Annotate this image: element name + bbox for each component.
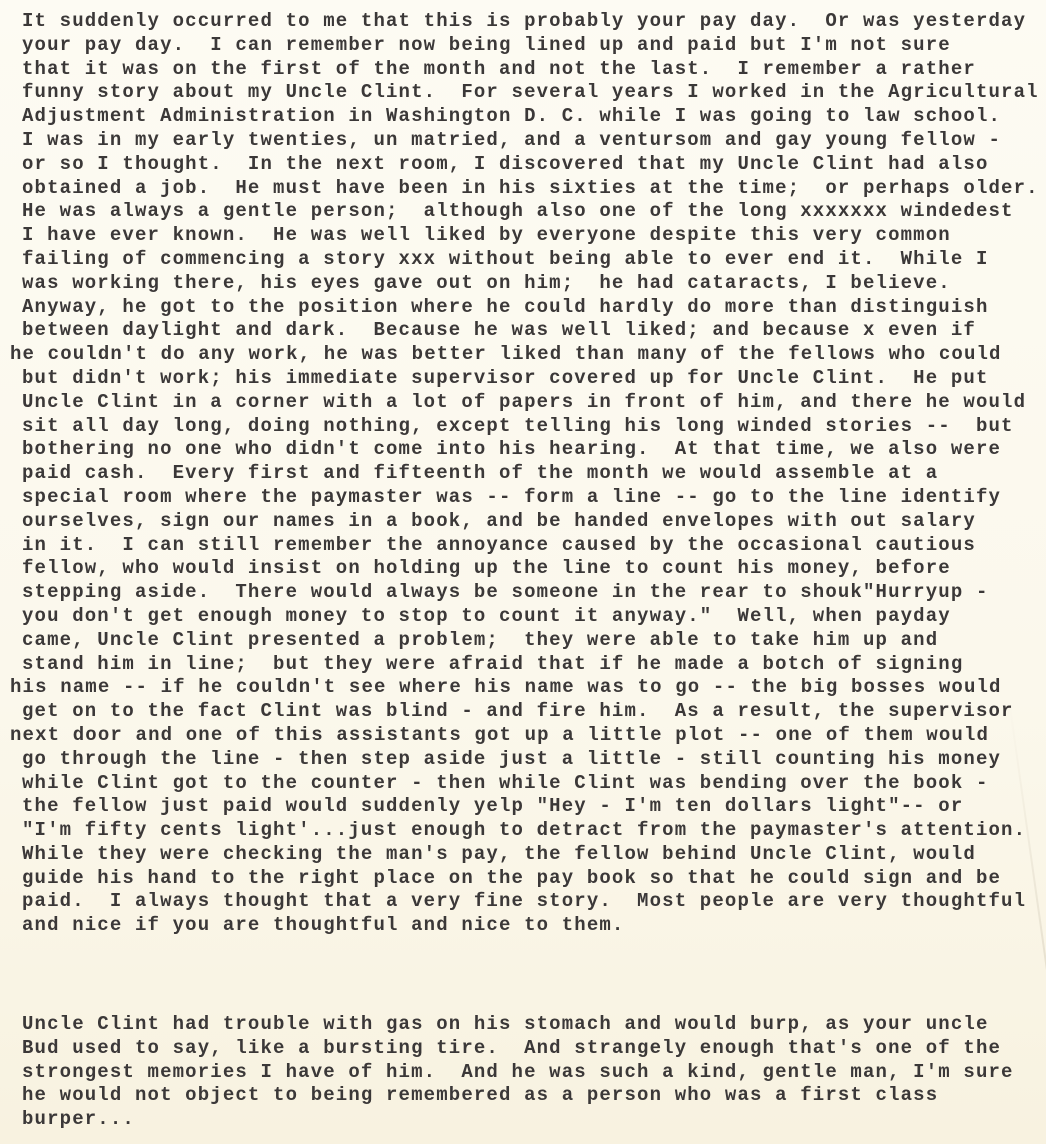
- text-line: While they were checking the man's pay, …: [0, 843, 1039, 867]
- text-line: It suddenly occurred to me that this is …: [0, 10, 1039, 34]
- text-line: I was in my early twenties, un matried, …: [0, 129, 1039, 153]
- letter-paragraph-burper: Uncle Clint had trouble with gas on his …: [0, 1013, 1014, 1132]
- text-line: he couldn't do any work, he was better l…: [0, 343, 1039, 367]
- text-line: funny story about my Uncle Clint. For se…: [0, 81, 1039, 105]
- text-line: but didn't work; his immediate superviso…: [0, 367, 1039, 391]
- text-line: burper...: [0, 1108, 1014, 1132]
- letter-paragraph-pay-day-story: It suddenly occurred to me that this is …: [0, 10, 1039, 938]
- text-line: he would not object to being remembered …: [0, 1084, 1014, 1108]
- text-line: was working there, his eyes gave out on …: [0, 272, 1039, 296]
- text-line: paid cash. Every first and fifteenth of …: [0, 462, 1039, 486]
- text-line: in it. I can still remember the annoyanc…: [0, 534, 1039, 558]
- text-line: Adjustment Administration in Washington …: [0, 105, 1039, 129]
- typewritten-letter-page: It suddenly occurred to me that this is …: [0, 0, 1046, 1144]
- text-line: ourselves, sign our names in a book, and…: [0, 510, 1039, 534]
- text-line: Uncle Clint in a corner with a lot of pa…: [0, 391, 1039, 415]
- text-line: sit all day long, doing nothing, except …: [0, 415, 1039, 439]
- text-line: I have ever known. He was well liked by …: [0, 224, 1039, 248]
- text-line: Anyway, he got to the position where he …: [0, 296, 1039, 320]
- text-line: strongest memories I have of him. And he…: [0, 1061, 1014, 1085]
- text-line: go through the line - then step aside ju…: [0, 748, 1039, 772]
- text-line: and nice if you are thoughtful and nice …: [0, 914, 1039, 938]
- text-line: Uncle Clint had trouble with gas on his …: [0, 1013, 1014, 1037]
- text-line: you don't get enough money to stop to co…: [0, 605, 1039, 629]
- text-line: Bud used to say, like a bursting tire. A…: [0, 1037, 1014, 1061]
- text-line: "I'm fifty cents light'...just enough to…: [0, 819, 1039, 843]
- text-line: stand him in line; but they were afraid …: [0, 653, 1039, 677]
- text-line: failing of commencing a story xxx withou…: [0, 248, 1039, 272]
- text-line: between daylight and dark. Because he wa…: [0, 319, 1039, 343]
- text-line: guide his hand to the right place on the…: [0, 867, 1039, 891]
- text-line: get on to the fact Clint was blind - and…: [0, 700, 1039, 724]
- text-line: next door and one of this assistants got…: [0, 724, 1039, 748]
- text-line: bothering no one who didn't come into hi…: [0, 438, 1039, 462]
- text-line: paid. I always thought that a very fine …: [0, 890, 1039, 914]
- text-line: that it was on the first of the month an…: [0, 58, 1039, 82]
- text-line: the fellow just paid would suddenly yelp…: [0, 795, 1039, 819]
- text-line: his name -- if he couldn't see where his…: [0, 676, 1039, 700]
- text-line: while Clint got to the counter - then wh…: [0, 772, 1039, 796]
- text-line: stepping aside. There would always be so…: [0, 581, 1039, 605]
- text-line: came, Uncle Clint presented a problem; t…: [0, 629, 1039, 653]
- text-line: He was always a gentle person; although …: [0, 200, 1039, 224]
- text-line: obtained a job. He must have been in his…: [0, 177, 1039, 201]
- text-line: fellow, who would insist on holding up t…: [0, 557, 1039, 581]
- text-line: your pay day. I can remember now being l…: [0, 34, 1039, 58]
- text-line: or so I thought. In the next room, I dis…: [0, 153, 1039, 177]
- text-line: special room where the paymaster was -- …: [0, 486, 1039, 510]
